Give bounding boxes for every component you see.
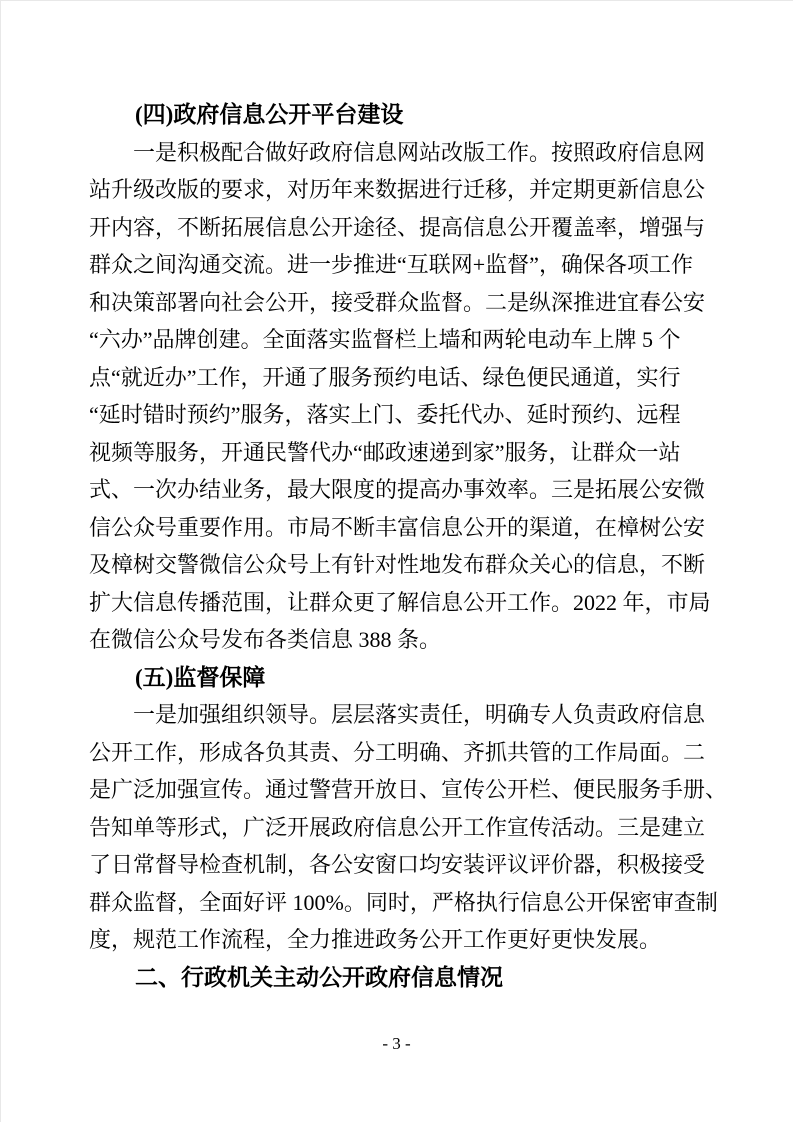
- document-content: (四)政府信息公开平台建设 一是积极配合做好政府信息网站改版工作。按照政府信息网…: [89, 96, 707, 996]
- section-heading-platform-construction: (四)政府信息公开平台建设: [89, 96, 707, 134]
- section-platform-construction-paragraph: 一是积极配合做好政府信息网站改版工作。按照政府信息网 站升级改版的要求，对历年来…: [89, 134, 707, 659]
- page-number: - 3 -: [0, 1034, 793, 1054]
- document-page: (四)政府信息公开平台建设 一是积极配合做好政府信息网站改版工作。按照政府信息网…: [0, 0, 793, 1122]
- section-heading-supervision-guarantee: (五)监督保障: [89, 659, 707, 697]
- section-heading-proactive-disclosure: 二、行政机关主动公开政府信息情况: [89, 959, 707, 997]
- section-supervision-guarantee-paragraph: 一是加强组织领导。层层落实责任，明确专人负责政府信息 公开工作，形成各负其责、分…: [89, 696, 707, 959]
